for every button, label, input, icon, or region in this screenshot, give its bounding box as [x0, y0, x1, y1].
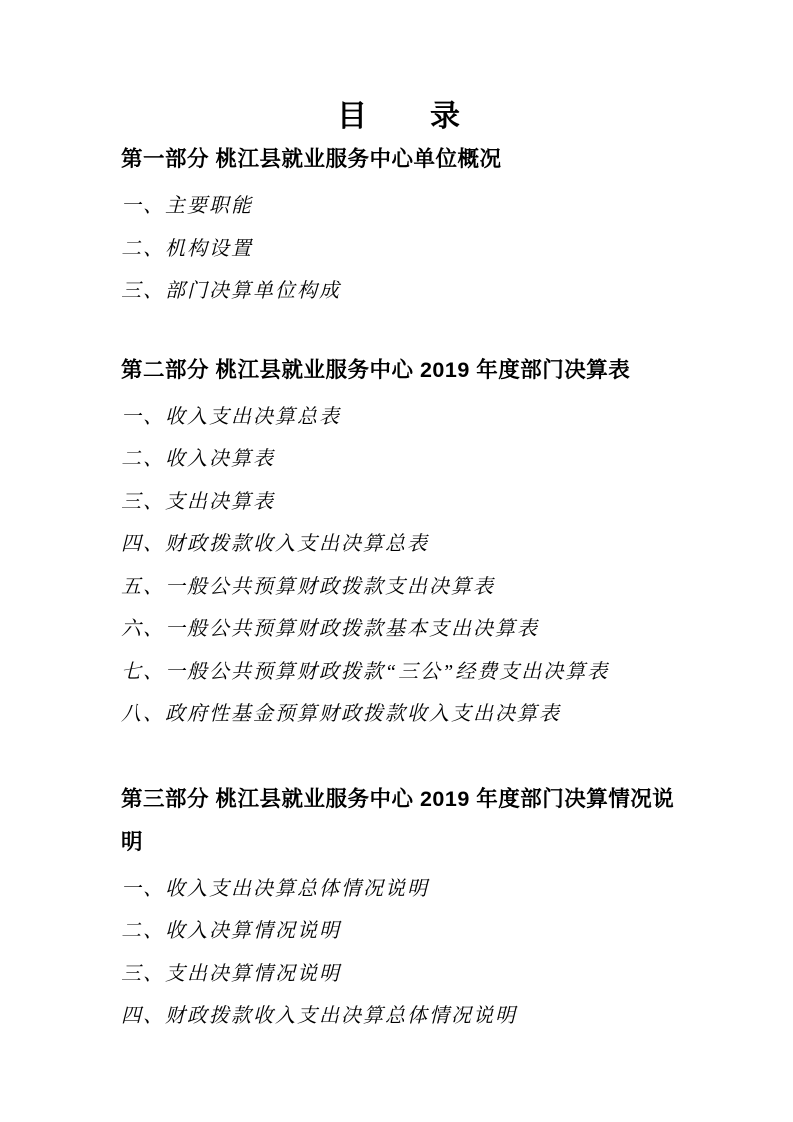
document-page: 目 录 第一部分 桃江县就业服务中心单位概况 一、主要职能 二、机构设置 三、部… — [0, 0, 793, 1122]
toc-section-2: 第二部分 桃江县就业服务中心 2019 年度部门决算表 一、收入支出决算总表 二… — [121, 349, 677, 736]
toc-item: 二、收入决算情况说明 — [121, 910, 677, 953]
toc-item: 六、一般公共预算财政拨款基本支出决算表 — [121, 608, 677, 651]
toc-item: 二、收入决算表 — [121, 438, 677, 481]
toc-item: 三、支出决算情况说明 — [121, 953, 677, 996]
toc-item: 八、政府性基金预算财政拨款收入支出决算表 — [121, 693, 677, 736]
toc-item: 三、部门决算单位构成 — [121, 270, 677, 313]
toc-item: 一、收入支出决算总表 — [121, 396, 677, 439]
section-1-heading: 第一部分 桃江县就业服务中心单位概况 — [121, 138, 677, 181]
toc-item: 二、机构设置 — [121, 228, 677, 271]
section-3-heading: 第三部分 桃江县就业服务中心 2019 年度部门决算情况说明 — [121, 778, 677, 864]
toc-section-3: 第三部分 桃江县就业服务中心 2019 年度部门决算情况说明 一、收入支出决算总… — [121, 778, 677, 1038]
toc-item: 一、收入支出决算总体情况说明 — [121, 868, 677, 911]
section-2-heading: 第二部分 桃江县就业服务中心 2019 年度部门决算表 — [121, 349, 677, 392]
toc-title: 目 录 — [121, 95, 677, 138]
toc-section-1: 第一部分 桃江县就业服务中心单位概况 一、主要职能 二、机构设置 三、部门决算单… — [121, 138, 677, 313]
toc-item: 四、财政拨款收入支出决算总体情况说明 — [121, 995, 677, 1038]
toc-content: 目 录 第一部分 桃江县就业服务中心单位概况 一、主要职能 二、机构设置 三、部… — [121, 95, 677, 1038]
toc-item: 三、支出决算表 — [121, 481, 677, 524]
toc-item: 七、一般公共预算财政拨款“三公”经费支出决算表 — [121, 651, 677, 694]
toc-item: 四、财政拨款收入支出决算总表 — [121, 523, 677, 566]
toc-item: 一、主要职能 — [121, 185, 677, 228]
toc-item: 五、一般公共预算财政拨款支出决算表 — [121, 566, 677, 609]
